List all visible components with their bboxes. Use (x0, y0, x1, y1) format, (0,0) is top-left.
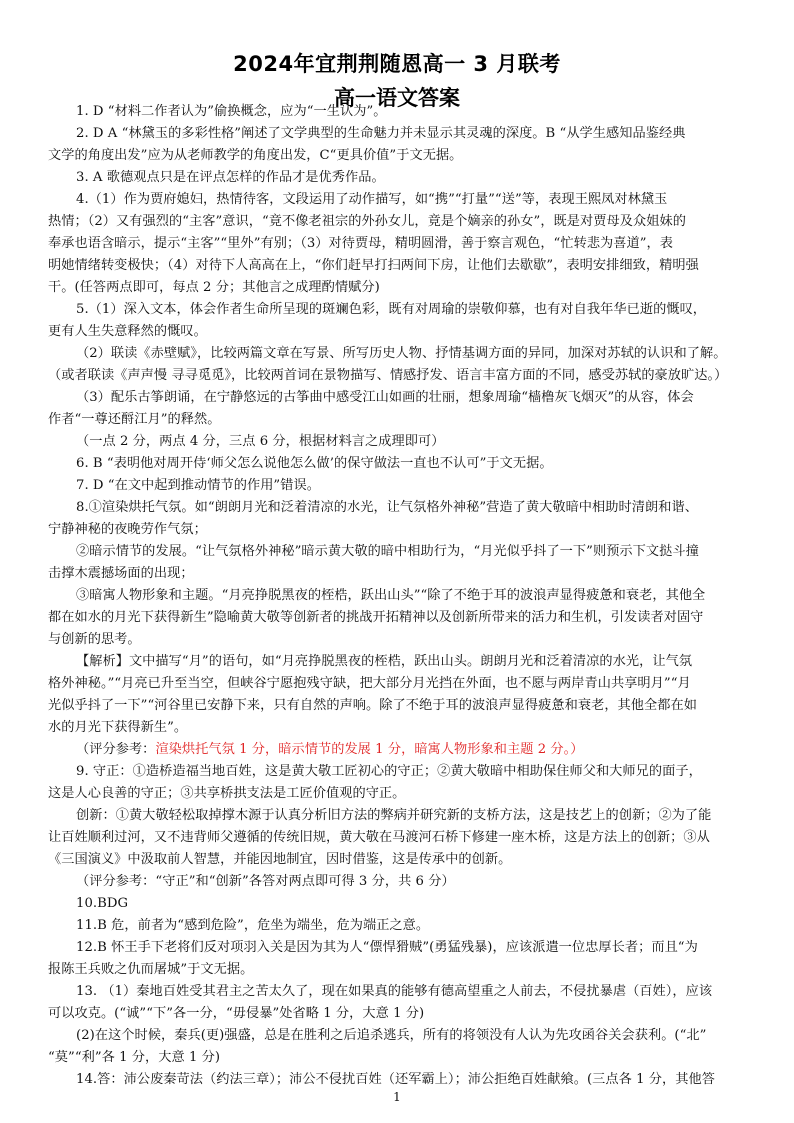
grading-note-label: （评分参考： (76, 742, 155, 757)
text-line: 更有人生失意释然的慨叹。 (48, 322, 750, 342)
text-line: 都在如水的月光下获得新生”隐喻黄大敬等创新者的挑战开拓精神以及创新所带来的活力和… (48, 608, 750, 628)
text-line: 2. D A “林黛玉的多彩性格”阐述了文学典型的生命魅力并未显示其灵魂的深度。… (76, 124, 750, 144)
text-line: 干。(任答两点即可，每点 2 分；其他言之成理酌情赋分) (48, 278, 750, 298)
text-line: 与创新的思考。 (48, 630, 750, 650)
text-line: 水的月光下获得新生”。 (48, 718, 750, 738)
text-line: 格外神秘。”“月亮已升至当空，但峡谷宁愿抱残守缺，把大部分月光挡在外面，也不愿与… (48, 674, 750, 694)
text-line: 6. B “表明他对周开侍‘师父怎么说他怎么做’的保守做法一直也不认可”于文无据… (76, 454, 750, 474)
text-line: “莫”“利”各 1 分，大意 1 分) (48, 1048, 750, 1068)
text-line: 9. 守正：①造桥造福当地百姓，这是黄大敬工匠初心的守正；②黄大敬暗中相助保住师… (76, 762, 750, 782)
text-line: （评分参考：“守正”和“创新”各答对两点即可得 3 分，共 6 分） (76, 872, 750, 892)
text-line: 热情；（2）又有强烈的“主客”意识，“竟不像老祖宗的外孙女儿，竟是个嫡亲的孙女”… (48, 212, 750, 232)
text-line: ③暗寓人物形象和主题。“月亮挣脱黑夜的桎梏，跃出山头”“除了不绝于耳的波浪声显得… (76, 586, 750, 606)
text-line: 宁静神秘的夜晚劳作气氛； (48, 520, 750, 540)
text-line: 5.（1）深入文本，体会作者生命所呈现的斑斓色彩，既有对周瑜的崇敬仰慕，也有对自… (76, 300, 750, 320)
text-line: 作者“一尊还酹江月”的释然。 (48, 410, 750, 430)
text-line: (2)在这个时候，秦兵(更)强盛，总是在胜利之后追杀逃兵，所有的将领没有人认为先… (76, 1026, 750, 1046)
text-line: 14.答：沛公废秦苛法（约法三章）；沛公不侵扰百姓（还军霸上）；沛公拒绝百姓献飨… (76, 1070, 750, 1090)
text-line: 7. D “在文中起到推动情节的作用”错误。 (76, 476, 750, 496)
text-line: 创新：①黄大敬轻松取掉撑木源于认真分析旧方法的弊病并研究新的支桥方法，这是技艺上… (76, 806, 750, 826)
text-line: 【解析】文中描写“月”的语句，如“月亮挣脱黑夜的桎梏，跃出山头。朗朗月光和泛着清… (76, 652, 750, 672)
text-line: 8.①渲染烘托气氛。如“朗朗月光和泛着清凉的水光，让气氛格外神秘”营造了黄大敬暗… (76, 498, 750, 518)
text-line: 13. （1）秦地百姓受其君主之苦太久了，现在如果真的能够有德高望重之人前去，不… (76, 982, 750, 1002)
text-line: 12.B 怀王手下老将们反对项羽入关是因为其为人“僄悍猾贼”(勇猛残暴)，应该派… (76, 938, 750, 958)
text-line: 明她情绪转变极快；（4）对待下人高高在上，“你们赶早打扫两间下房，让他们去歇歇”… (48, 256, 750, 276)
text-line: 3. A 歌德观点只是在评点怎样的作品才是优秀作品。 (76, 168, 750, 188)
text-line: 击撑木震撼场面的出现； (48, 564, 750, 584)
text-line: 光似乎抖了一下”“河谷里已安静下来，只有自然的声响。除了不绝于耳的波浪声显得疲惫… (48, 696, 750, 716)
page-number: 1 (0, 1090, 794, 1104)
text-line: 奉承也语含暗示，提示“主客”“里外”有别；（3）对待贾母，精明圆滑，善于察言观色… (48, 234, 750, 254)
text-line: 11.B 危，前者为“感到危险”，危坐为端坐，危为端正之意。 (76, 916, 750, 936)
text-line: 报陈王兵败之仇而屠城”于文无据。 (48, 960, 750, 980)
text-line: （或者联读《声声慢 寻寻觅觅》，比较两首词在景物描写、情感抒发、语言丰富方面的不… (48, 366, 750, 386)
text-line: （评分参考：渲染烘托气氛 1 分，暗示情节的发展 1 分，暗寓人物形象和主题 2… (76, 740, 750, 760)
grading-note-highlight: 渲染烘托气氛 1 分，暗示情节的发展 1 分，暗寓人物形象和主题 2 分。） (155, 742, 583, 757)
text-line: （2）联读《赤壁赋》，比较两篇文章在写景、所写历史人物、抒情基调方面的异同，加深… (76, 344, 750, 364)
text-line: 让百姓顺利过河，又不违背师父遵循的传统旧规，黄大敬在马渡河石桥下修建一座木桥，这… (48, 828, 750, 848)
text-line: 《三国演义》中汲取前人智慧，并能因地制宜，因时借鉴，这是传承中的创新。 (48, 850, 750, 870)
text-line: 可以攻克。(“诚”“下”各一分，“毋侵暴”处省略 1 分，大意 1 分) (48, 1004, 750, 1024)
text-line: ②暗示情节的发展。“让气氛格外神秘”暗示黄大敬的暗中相助行为，“月光似乎抖了一下… (76, 542, 750, 562)
document-title: 2024年宜荆荆随恩高一 3 月联考 (0, 48, 794, 78)
text-line: 1. D “材料二作者认为”偷换概念，应为“一生认为”。 (76, 102, 750, 122)
text-line: （3）配乐古筝朗诵，在宁静悠远的古筝曲中感受江山如画的壮丽，想象周瑜“樯橹灰飞烟… (76, 388, 750, 408)
text-line: 这是人心良善的守正；③共享桥拱支法是工匠价值观的守正。 (48, 784, 750, 804)
text-line: 10.BDG (76, 894, 750, 914)
text-line: 4.（1）作为贾府媳妇，热情待客，文段运用了动作描写，如“携”“打量”“送”等，… (76, 190, 750, 210)
text-line: 文学的角度出发”应为从老师教学的角度出发，C“更具价值”于文无据。 (48, 146, 750, 166)
text-line: （一点 2 分，两点 4 分，三点 6 分，根据材料言之成理即可） (76, 432, 750, 452)
